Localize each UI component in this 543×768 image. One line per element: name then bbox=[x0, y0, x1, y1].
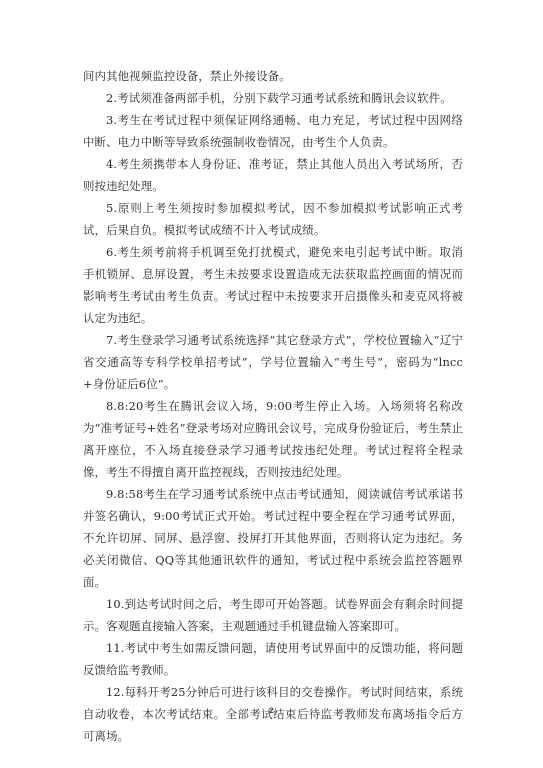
paragraph-continuation: 间内其他视频监控设备，禁止外接设备。 bbox=[83, 65, 463, 87]
document-body: 间内其他视频监控设备，禁止外接设备。 2.考试须准备两部手机，分别下载学习通考试… bbox=[83, 65, 463, 747]
paragraph-item-6: 6.考生须考前将手机调至免打扰模式，避免来电引起考试中断。取消手机锁屏、息屏设置… bbox=[83, 241, 463, 329]
paragraph-item-11: 11.考试中考生如需反馈问题，请使用考试界面中的反馈功能，将问题反馈给监考教师。 bbox=[83, 637, 463, 681]
paragraph-item-4: 4.考生须携带本人身份证、准考证，禁止其他人员出入考试场所，否则按违纪处理。 bbox=[83, 153, 463, 197]
paragraph-item-9: 9.8:58考生在学习通考试系统中点击考试通知，阅读诚信考试承诺书并签名确认，9… bbox=[83, 483, 463, 593]
paragraph-item-7: 7.考生登录学习通考试系统选择“其它登录方式”，学校位置输入“辽宁省交通高等专科… bbox=[83, 329, 463, 395]
page-number: 2 bbox=[0, 706, 543, 715]
paragraph-item-5: 5.原则上考生须按时参加模拟考试，因不参加模拟考试影响正式考试，后果自负。模拟考… bbox=[83, 197, 463, 241]
paragraph-item-3: 3.考生在考试过程中须保证网络通畅、电力充足，考试过程中因网络中断、电力中断等导… bbox=[83, 109, 463, 153]
paragraph-item-8: 8.8:20考生在腾讯会议入场，9:00考生停止入场。入场须将名称改为“准考证号… bbox=[83, 395, 463, 483]
paragraph-item-2: 2.考试须准备两部手机，分别下载学习通考试系统和腾讯会议软件。 bbox=[83, 87, 463, 109]
paragraph-item-10: 10.到达考试时间之后，考生即可开始答题。试卷界面会有剩余时间提示。客观题直接输… bbox=[83, 593, 463, 637]
